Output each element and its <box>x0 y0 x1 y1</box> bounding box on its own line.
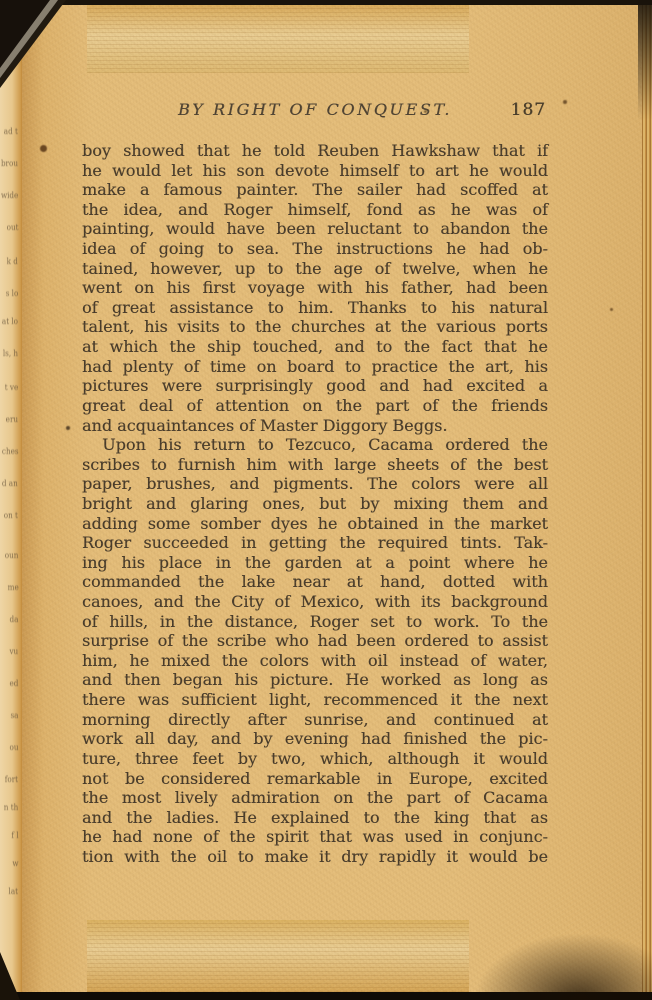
facing-page-text-fragment: n th <box>4 804 18 812</box>
facing-page-text-fragment: s lo <box>6 290 19 298</box>
facing-page-text-fragment: out <box>6 224 18 232</box>
facing-page-text-fragment: d an <box>2 480 18 488</box>
facing-page-text-fragment: da <box>10 616 19 624</box>
paper-speck <box>610 308 613 311</box>
facing-page-text-fragment: sa <box>11 712 19 720</box>
facing-page-text-fragment: vu <box>10 648 19 656</box>
facing-page-text-fragment: me <box>7 584 18 592</box>
scanner-background-top <box>0 0 652 5</box>
facing-page-text-fragment: f l <box>11 832 18 840</box>
facing-page-text-fragment: w <box>12 860 18 868</box>
paper-speck <box>66 426 70 430</box>
facing-page-text-fragment: at lo <box>2 318 18 326</box>
facing-page-text-fragment: t ve <box>5 384 19 392</box>
book-page: BY RIGHT OF CONQUEST. 187 boyshowedthath… <box>22 4 645 993</box>
facing-page-text-fragment: eru <box>6 416 18 424</box>
facing-page-text-fragment: fort <box>5 776 18 784</box>
facing-page-text-fragment: lat <box>9 888 18 896</box>
facing-page-text-fragment: ches <box>1 448 18 456</box>
facing-page-text-fragment: on t <box>4 512 18 520</box>
paper-speck <box>563 100 567 104</box>
paper-speck <box>40 145 47 152</box>
paper-speck <box>424 110 427 113</box>
fore-edge-shadow <box>638 0 652 120</box>
facing-page-text-fragment: oun <box>5 552 19 560</box>
book-scan: ad tbrouwideoutk ds loat lols, ht veeruc… <box>0 0 652 1000</box>
facing-page-text-fragment: wide <box>1 192 18 200</box>
facing-page-edge: ad tbrouwideoutk ds loat lols, ht veeruc… <box>0 4 22 994</box>
facing-page-text-fragment: brou <box>1 160 18 168</box>
bottom-right-shadow <box>392 850 652 1000</box>
facing-page-text-fragment: k d <box>7 258 18 266</box>
facing-page-text-fragment: ls, h <box>3 350 18 358</box>
facing-page-text-fragment: ed <box>10 680 19 688</box>
paper-grain <box>22 4 645 993</box>
facing-page-text-fragment: ou <box>10 744 19 752</box>
facing-page-text-fragment: ad t <box>4 128 18 136</box>
